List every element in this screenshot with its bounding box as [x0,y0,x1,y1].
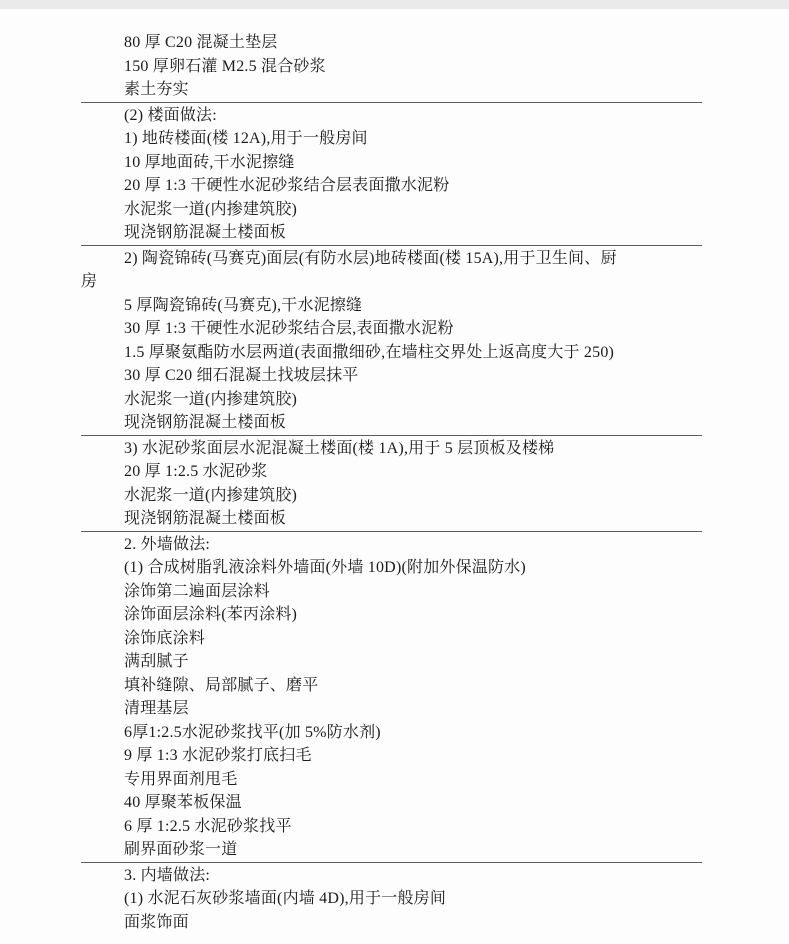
document-body: 80 厚 C20 混凝土垫层150 厚卵石灌 M2.5 混合砂浆素土夯实(2) … [81,31,702,934]
text-line: (2) 楼面做法: [81,104,702,128]
text-line: 刷界面砂浆一道 [81,838,702,862]
scan-edge-strip [0,0,789,9]
text-line: 素土夯实 [81,78,702,102]
text-line: 6厚1:2.5水泥砂浆找平(加 5%防水剂) [81,721,702,745]
text-line: 5 厚陶瓷锦砖(马赛克),干水泥擦缝 [81,294,702,318]
text-line: 30 厚 C20 细石混凝土找坡层抹平 [81,364,702,388]
text-line: 1.5 厚聚氨酯防水层两道(表面撒细砂,在墙柱交界处上返高度大于 250) [81,341,702,365]
text-line: 3. 内墙做法: [81,864,702,888]
text-line: 1) 地砖楼面(楼 12A),用于一般房间 [81,127,702,151]
text-line: 10 厚地面砖,干水泥擦缝 [81,151,702,175]
text-line: 满刮腻子 [81,650,702,674]
text-line: 填补缝隙、局部腻子、磨平 [81,674,702,698]
text-line: 房 [81,270,702,294]
text-line: 清理基层 [81,697,702,721]
document-page: 80 厚 C20 混凝土垫层150 厚卵石灌 M2.5 混合砂浆素土夯实(2) … [0,9,789,934]
text-line: 专用界面剂甩毛 [81,768,702,792]
text-line: 涂饰第二遍面层涂料 [81,580,702,604]
text-line: (1) 水泥石灰砂浆墙面(内墙 4D),用于一般房间 [81,887,702,911]
text-line: 40 厚聚苯板保温 [81,791,702,815]
text-line: 涂饰面层涂料(苯丙涂料) [81,603,702,627]
text-line: 6 厚 1:2.5 水泥砂浆找平 [81,815,702,839]
text-line: 水泥浆一道(内掺建筑胶) [81,484,702,508]
text-line: 80 厚 C20 混凝土垫层 [81,31,702,55]
text-line: 9 厚 1:3 水泥砂浆打底扫毛 [81,744,702,768]
text-line: 150 厚卵石灌 M2.5 混合砂浆 [81,55,702,79]
text-line: 30 厚 1:3 干硬性水泥砂浆结合层,表面撒水泥粉 [81,317,702,341]
text-line: (1) 合成树脂乳液涂料外墙面(外墙 10D)(附加外保温防水) [81,556,702,580]
text-line: 3) 水泥砂浆面层水泥混凝土楼面(楼 1A),用于 5 层顶板及楼梯 [81,437,702,461]
text-line: 涂饰底涂料 [81,627,702,651]
text-line: 20 厚 1:3 干硬性水泥砂浆结合层表面撒水泥粉 [81,174,702,198]
text-line: 现浇钢筋混凝土楼面板 [81,507,702,531]
text-line: 水泥浆一道(内掺建筑胶) [81,388,702,412]
text-line: 2. 外墙做法: [81,533,702,557]
text-line: 20 厚 1:2.5 水泥砂浆 [81,460,702,484]
text-line: 2) 陶瓷锦砖(马赛克)面层(有防水层)地砖楼面(楼 15A),用于卫生间、厨 [81,247,702,271]
text-line: 面浆饰面 [81,911,702,935]
text-line: 水泥浆一道(内掺建筑胶) [81,198,702,222]
text-line: 现浇钢筋混凝土楼面板 [81,221,702,245]
text-line: 现浇钢筋混凝土楼面板 [81,411,702,435]
